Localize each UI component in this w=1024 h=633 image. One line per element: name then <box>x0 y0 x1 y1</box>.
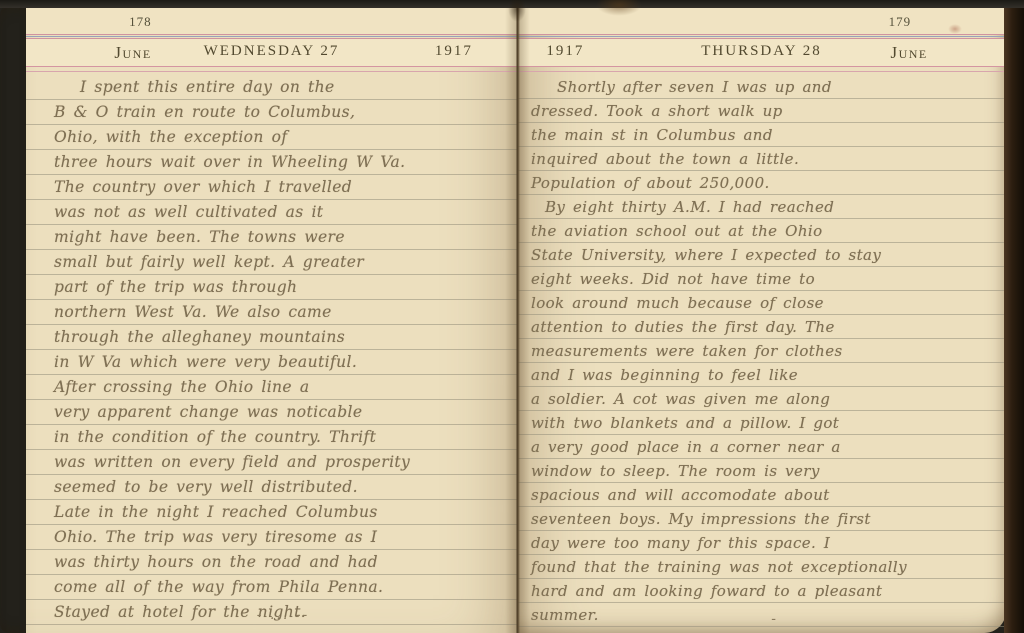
handwriting-line: Late in the night I reached Columbus <box>54 500 511 525</box>
handwriting-line: look around much because of close <box>531 291 1002 315</box>
handwriting-line: with two blankets and a pillow. I got <box>531 411 1002 435</box>
handwriting-line: the aviation school out at the Ohio <box>531 219 1002 243</box>
handwriting-line: Ohio. The trip was very tiresome as I <box>54 525 511 550</box>
handwriting-line: might have been. The towns were <box>54 225 511 250</box>
diary-photo: 178 June WEDNESDAY 27 1917 I spent this … <box>0 0 1024 633</box>
book-gutter <box>505 0 530 633</box>
handwriting-line: found that the training was not exceptio… <box>531 555 1002 579</box>
handwriting-line: After crossing the Ohio line a <box>54 375 511 400</box>
handwriting-line: in the condition of the country. Thrift <box>54 425 511 450</box>
handwriting-line: I spent this entire day on the <box>54 75 511 100</box>
left-entry-text: I spent this entire day on theB & O trai… <box>26 73 517 633</box>
handwriting-line: come all of the way from Phila Penna. <box>54 575 511 600</box>
handwriting-line: and I was beginning to feel like <box>531 363 1002 387</box>
handwriting-line: a very good place in a corner near a <box>531 435 1002 459</box>
diary-page-right: 179 1917 THURSDAY 28 June Shortly after … <box>517 7 1006 633</box>
handwriting-line: The country over which I travelled <box>54 175 511 200</box>
page-edges-left <box>0 4 26 633</box>
handwriting-line: measurements were taken for clothes <box>531 339 1002 363</box>
left-date-header: June WEDNESDAY 27 1917 <box>26 39 517 66</box>
right-page-number: 179 <box>889 14 912 30</box>
handwriting-line: through the alleghaney mountains <box>54 325 511 350</box>
handwriting-line: eight weeks. Did not have time to <box>531 267 1002 291</box>
handwriting-line: was not as well cultivated as it <box>54 200 511 225</box>
handwriting-line: three hours wait over in Wheeling W Va. <box>54 150 511 175</box>
right-header-rule <box>517 66 1006 73</box>
handwriting-line: seemed to be very well distributed. <box>54 475 511 500</box>
left-day-label: WEDNESDAY 27 <box>204 43 340 60</box>
right-date-header: 1917 THURSDAY 28 June <box>517 39 1006 66</box>
handwriting-line: window to sleep. The room is very <box>531 459 1002 483</box>
handwriting-line: hard and am looking foward to a pleasant <box>531 579 1002 603</box>
handwriting-line: Population of about 250,000. <box>531 171 1002 195</box>
left-page-number: 178 <box>129 14 152 30</box>
handwriting-line: day were too many for this space. I <box>531 531 1002 555</box>
handwriting-line: was written on every field and prosperit… <box>54 450 511 475</box>
right-day-label: THURSDAY 28 <box>701 43 822 60</box>
book-top-edge <box>0 0 1024 8</box>
handwriting-line: in W Va which were very beautiful. <box>54 350 511 375</box>
handwriting-line: small but fairly well kept. A greater <box>54 250 511 275</box>
handwriting-line: spacious and will accomodate about <box>531 483 1002 507</box>
handwriting-line: seventeen boys. My impressions the first <box>531 507 1002 531</box>
left-entry-end-mark: - ... -- <box>257 607 309 623</box>
handwriting-line: part of the trip was through <box>54 275 511 300</box>
right-month-label: June <box>890 43 927 63</box>
right-entry-end-mark: - <box>771 611 778 627</box>
handwriting-line: Shortly after seven I was up and <box>531 75 1002 99</box>
handwriting-line: inquired about the town a little. <box>531 147 1002 171</box>
handwriting-line: State University, where I expected to st… <box>531 243 1002 267</box>
handwriting-line: By eight thirty A.M. I had reached <box>531 195 1002 219</box>
handwriting-line: a soldier. A cot was given me along <box>531 387 1002 411</box>
left-header-rule <box>26 66 517 73</box>
handwriting-line: very apparent change was noticable <box>54 400 511 425</box>
handwriting-line: B & O train en route to Columbus, <box>54 100 511 125</box>
diary-book: 178 June WEDNESDAY 27 1917 I spent this … <box>0 0 1024 633</box>
handwriting-line: dressed. Took a short walk up <box>531 99 1002 123</box>
left-pagenum-row: 178 <box>26 7 517 34</box>
right-pagenum-row: 179 <box>517 7 1006 34</box>
handwriting-line: was thirty hours on the road and had <box>54 550 511 575</box>
handwriting-line: attention to duties the first day. The <box>531 315 1002 339</box>
diary-page-left: 178 June WEDNESDAY 27 1917 I spent this … <box>26 7 517 633</box>
left-month-label: June <box>114 43 151 63</box>
right-year-label: 1917 <box>546 43 584 60</box>
handwriting-line: Ohio, with the exception of <box>54 125 511 150</box>
handwriting-line: the main st in Columbus and <box>531 123 1002 147</box>
right-entry-text: Shortly after seven I was up anddressed.… <box>517 73 1006 633</box>
handwriting-line: summer. <box>531 603 1002 627</box>
book-cover-edge <box>1004 0 1024 633</box>
left-year-label: 1917 <box>435 43 473 60</box>
handwriting-line: northern West Va. We also came <box>54 300 511 325</box>
